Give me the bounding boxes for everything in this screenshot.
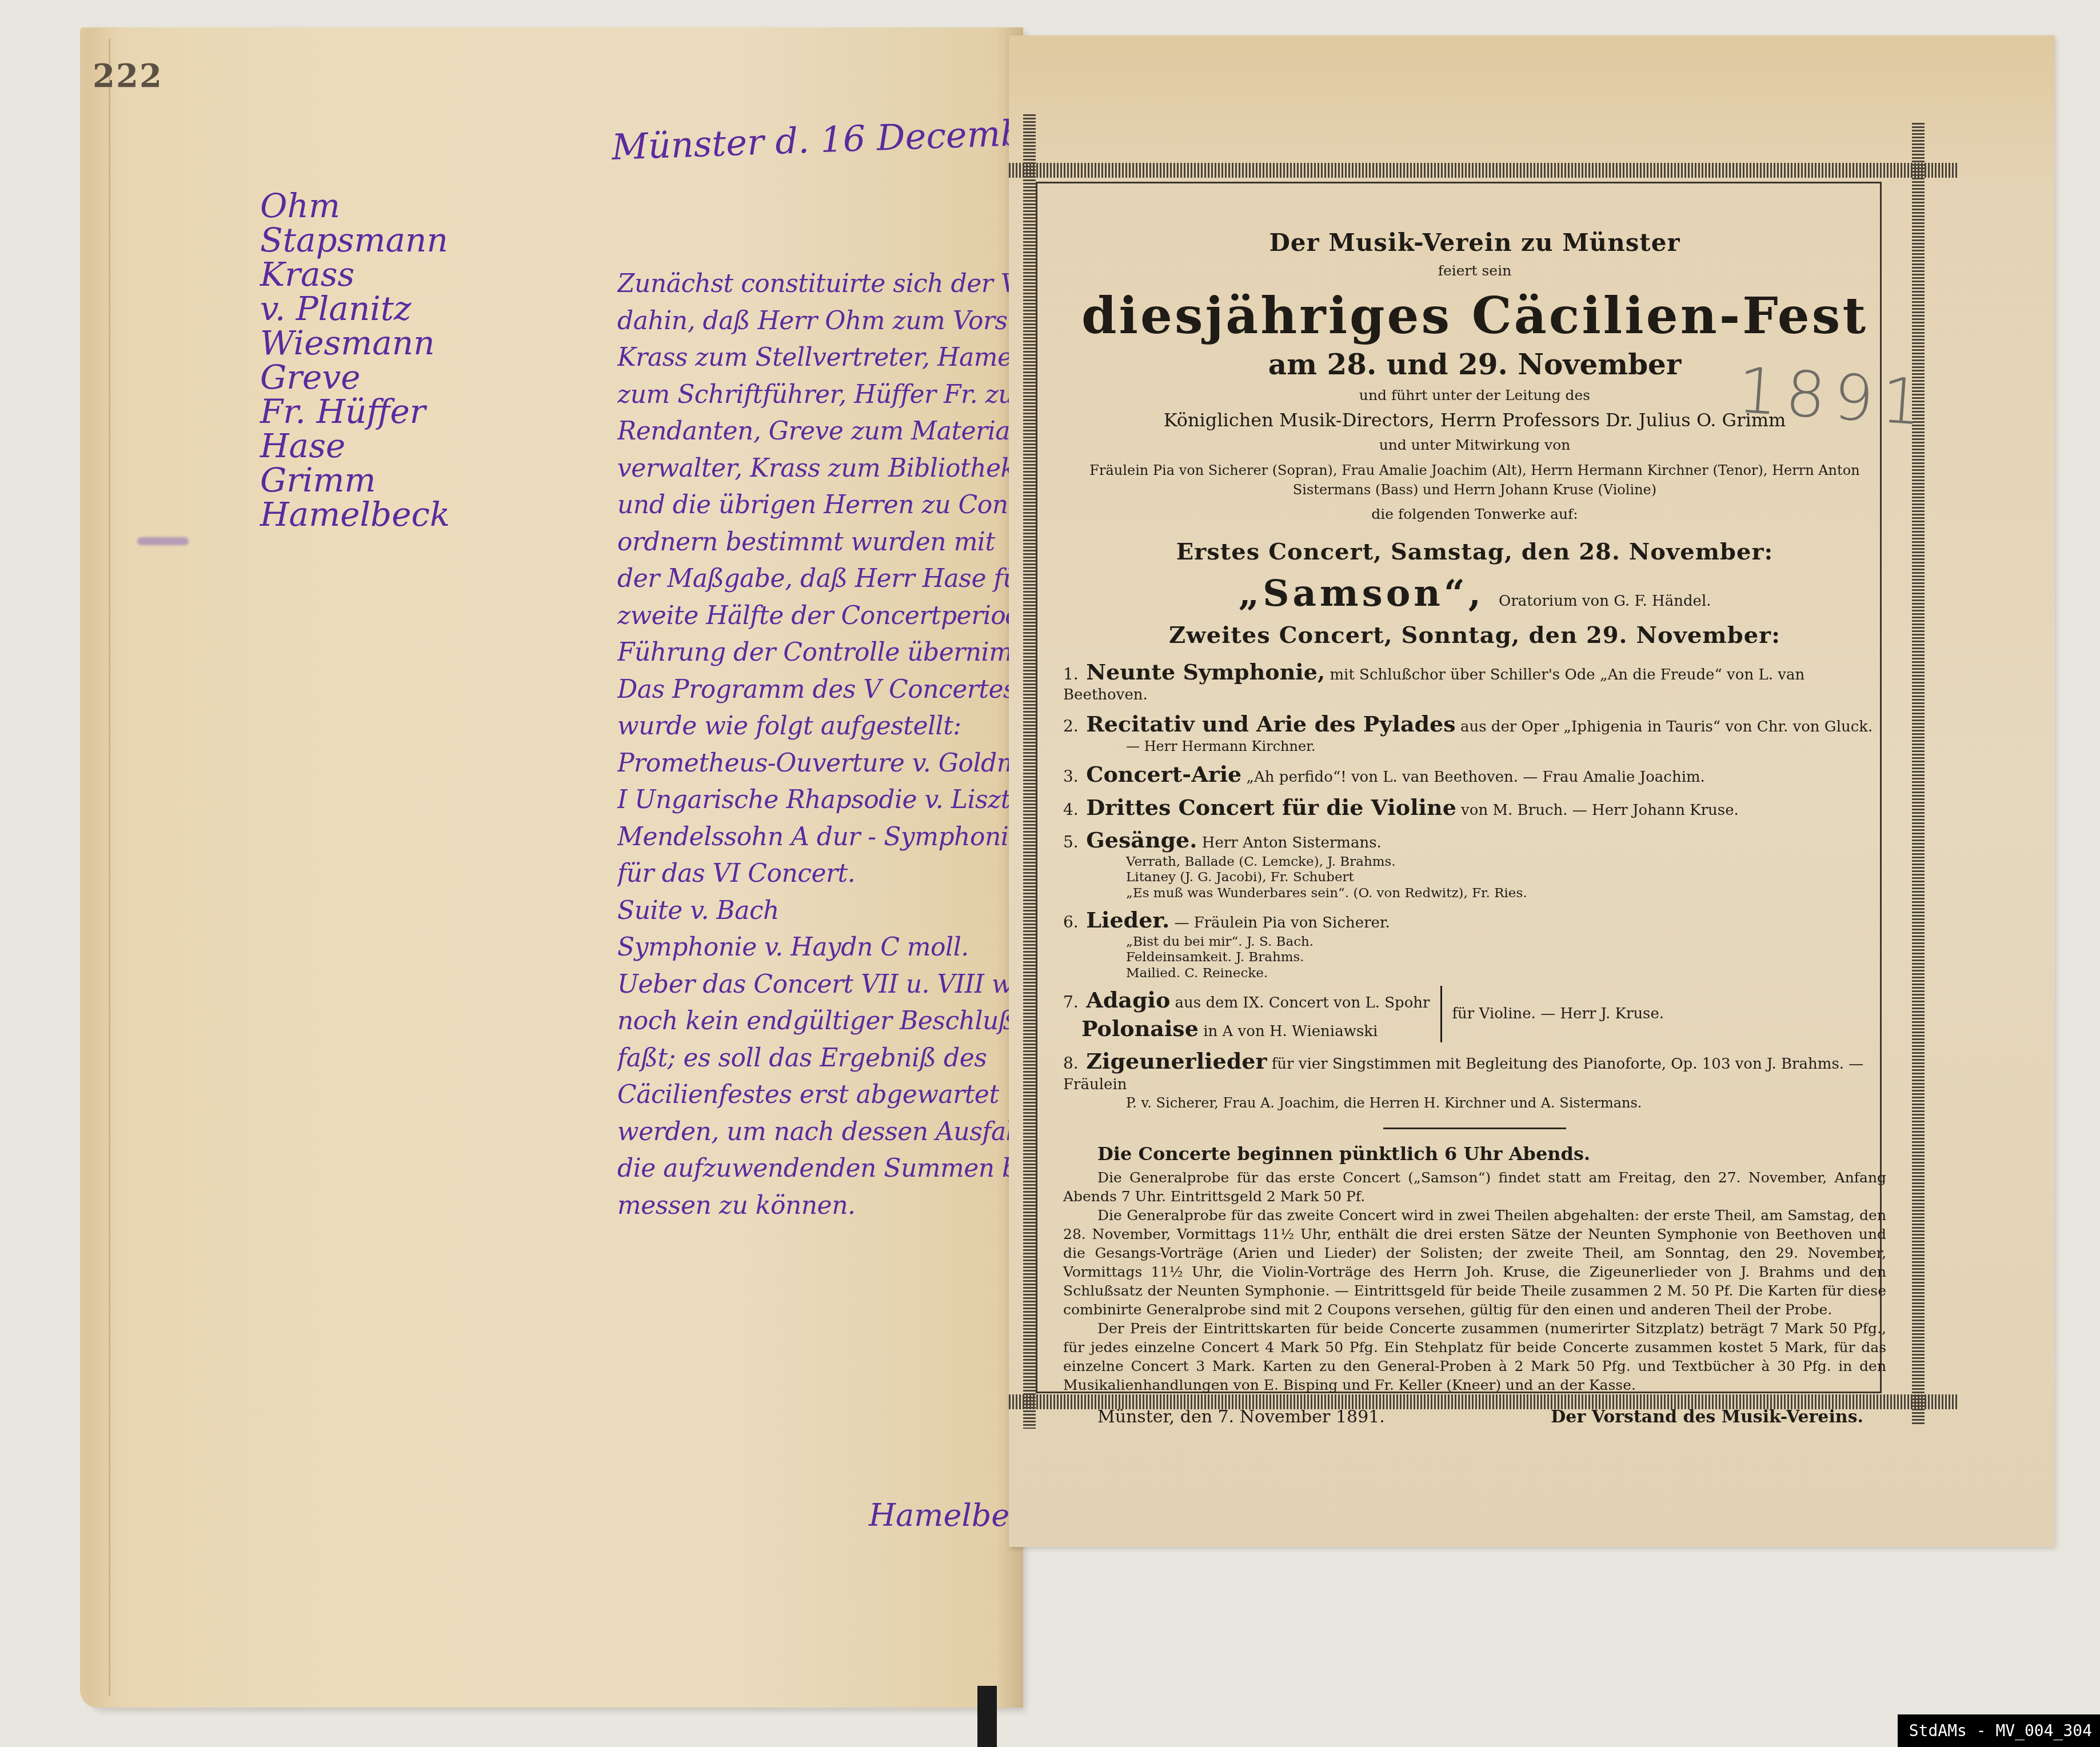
item-title: Polonaise: [1081, 1016, 1199, 1041]
samson-subtitle: Oratorium von G. F. Händel.: [1499, 593, 1711, 610]
minutes-line: zum Schriftführer, Hüffer Fr. zum: [617, 377, 1017, 414]
item-title: Adagio: [1086, 987, 1170, 1013]
song: „Es muß was Wunderbares sein“. (O. von R…: [1126, 886, 1886, 902]
attendee: Ohm: [260, 189, 450, 223]
minutes-line: faßt; es soll das Ergebniß des: [617, 1040, 1017, 1077]
closing-line: Münster, den 7. November 1891. Der Vorst…: [1063, 1407, 1886, 1427]
minutes-line: Cäcilienfestes erst abgewartet: [617, 1077, 1017, 1114]
celebrates-text: feiert sein: [1063, 262, 1886, 279]
program-item: 4. Drittes Concert für die Violine von M…: [1063, 793, 1886, 821]
attendee: v. Planitz: [260, 291, 450, 326]
concert-2-title: Zweites Concert, Sonntag, den 29. Novemb…: [1063, 622, 1886, 649]
item-title: Recitativ und Arie des Pylades: [1086, 711, 1455, 737]
item-performer: für Violine. — Herr J. Kruse.: [1442, 1005, 1664, 1024]
minutes-line: wurde wie folgt aufgestellt:: [617, 708, 1017, 745]
minutes-line: Ueber das Concert VII u. VIII wurde: [617, 966, 1017, 1004]
notes-section: Die Concerte beginnen pünktlich 6 Uhr Ab…: [1063, 1142, 1886, 1394]
item-number: 8.: [1063, 1053, 1081, 1074]
minutes-line: I Ungarische Rhapsodie v. Liszt: [617, 782, 1017, 819]
item-number: 7.: [1063, 992, 1081, 1013]
item-title: Zigeunerlieder: [1086, 1048, 1267, 1074]
place-date: Münster, den 7. November 1891.: [1097, 1407, 1385, 1427]
works-intro: die folgenden Tonwerke auf:: [1063, 506, 1886, 522]
program-item: 1. Neunte Symphonie, mit Schlußchor über…: [1063, 658, 1886, 705]
item-number: 3.: [1063, 766, 1081, 787]
page-number: 222: [93, 57, 163, 95]
minutes-line: verwalter, Krass zum Bibliothekar: [617, 450, 1017, 487]
song: Litaney (J. G. Jacobi), Fr. Schubert: [1126, 870, 1886, 886]
rehearsal-2-note: Die Generalprobe für das zweite Concert …: [1063, 1206, 1886, 1319]
item-number: 4.: [1063, 799, 1081, 820]
minutes-line: Suite v. Bach: [617, 893, 1017, 930]
program-content: Der Musik-Verein zu Münster feiert sein …: [1063, 226, 1886, 1427]
minutes-text: Zunächst constituirte sich der Vorstand …: [617, 266, 1017, 1224]
minutes-line: Krass zum Stellvertreter, Hamelbeck: [617, 339, 1017, 377]
item-detail: aus der Oper „Iphigenia in Tauris“ von C…: [1460, 718, 1873, 735]
item-number: 1.: [1063, 664, 1081, 685]
start-time: Die Concerte beginnen pünktlich 6 Uhr Ab…: [1063, 1142, 1886, 1166]
item-title: Gesänge.: [1086, 827, 1197, 853]
item-title: Drittes Concert für die Violine: [1086, 794, 1456, 820]
program-item: 6. Lieder. — Fräulein Pia von Sicherer. …: [1063, 906, 1886, 981]
attendee: Hase: [260, 429, 450, 463]
item-performer: P. v. Sicherer, Frau A. Joachim, die Her…: [1126, 1094, 1886, 1112]
item-detail: Herr Anton Sistermans.: [1202, 834, 1382, 851]
item-title: Lieder.: [1086, 907, 1169, 933]
director: Königlichen Musik-Directors, Herrn Profe…: [1063, 409, 1886, 431]
item-title: Concert-Arie: [1086, 761, 1241, 787]
rehearsal-1-note: Die Generalprobe für das erste Concert (…: [1063, 1168, 1886, 1206]
bookmark-ribbon: [977, 1686, 997, 1747]
song: Feldeinsamkeit. J. Brahms.: [1126, 950, 1886, 966]
program-item: 5. Gesänge. Herr Anton Sistermans. Verra…: [1063, 826, 1886, 901]
festival-dates: am 28. und 29. November: [1063, 347, 1886, 381]
item-number: 6.: [1063, 912, 1081, 933]
minutes-line: Zunächst constituirte sich der Vorstand: [617, 266, 1017, 303]
song: Verrath, Ballade (C. Lemcke), J. Brahms.: [1126, 854, 1886, 870]
board-signature: Der Vorstand des Musik-Vereins.: [1551, 1407, 1863, 1427]
violin-pieces: 7. Adagio aus dem IX. Concert von L. Spo…: [1063, 986, 1442, 1042]
concert-1-work: „Samson“, Oratorium von G. F. Händel.: [1063, 572, 1886, 615]
ticket-prices-note: Der Preis der Eintrittskarten für beide …: [1063, 1319, 1886, 1394]
item-detail: von M. Bruch. — Herr Johann Kruse.: [1461, 802, 1739, 819]
minutes-line: werden, um nach dessen Ausfall: [617, 1114, 1017, 1151]
attendee-list: Ohm Stapsmann Krass v. Planitz Wiesmann …: [260, 189, 450, 531]
minutes-line: der Maßgabe, daß Herr Hase für die: [617, 561, 1017, 598]
organization-name: Der Musik-Verein zu Münster: [1063, 229, 1886, 257]
participation-text: und unter Mitwirkung von: [1063, 437, 1886, 453]
attendee: Grimm: [260, 463, 450, 497]
minutes-line: die aufzuwendenden Summen be-: [617, 1150, 1017, 1188]
program-item: 3. Concert-Arie „Ah perfido“! von L. van…: [1063, 760, 1886, 788]
minutes-line: Rendanten, Greve zum Materialien-: [617, 413, 1017, 450]
minutes-line: zweite Hälfte der Concertperiode die: [617, 598, 1017, 635]
item-detail: in A von H. Wieniawski: [1203, 1023, 1378, 1040]
song: Mailied. C. Reinecke.: [1126, 966, 1886, 982]
border-hatch-right: [1912, 123, 1925, 1426]
attendee: Fr. Hüffer: [260, 394, 450, 429]
ornamental-divider: [1383, 1128, 1566, 1129]
soloists: Fräulein Pia von Sicherer (Sopran), Frau…: [1063, 461, 1886, 499]
minutes-line: Mendelssohn A dur - Symphonie.: [617, 819, 1017, 856]
minutes-line: noch kein endgültiger Beschluß ge-: [617, 1003, 1017, 1040]
border-hatch-top: [1009, 163, 1958, 178]
concert-1-title: Erstes Concert, Samstag, den 28. Novembe…: [1063, 538, 1886, 565]
attendee: Stapsmann: [260, 223, 450, 257]
attendee: Krass: [260, 257, 450, 291]
item-detail: aus dem IX. Concert von L. Spohr: [1175, 994, 1430, 1012]
minutes-line: Symphonie v. Haydn C moll.: [617, 929, 1017, 966]
program-item: 2. Recitativ und Arie des Pylades aus de…: [1063, 710, 1886, 756]
minutes-line: und die übrigen Herren zu Concert-: [617, 487, 1017, 524]
item-title: Neunte Symphonie,: [1086, 659, 1325, 685]
minutes-line: Prometheus-Ouverture v. Goldmark: [617, 745, 1017, 782]
minutes-line: dahin, daß Herr Ohm zum Vorsitzenden,: [617, 303, 1017, 340]
violin-pieces-group: 7. Adagio aus dem IX. Concert von L. Spo…: [1063, 986, 1886, 1042]
concert-2-program: 1. Neunte Symphonie, mit Schlußchor über…: [1063, 658, 1886, 1113]
archive-reference-label: StdAMs - MV_004_304: [1898, 1714, 2100, 1747]
item-detail: „Ah perfido“! von L. van Beethoven. — Fr…: [1247, 769, 1705, 786]
border-hatch-left: [1023, 114, 1036, 1429]
song: „Bist du bei mir“. J. S. Bach.: [1126, 934, 1886, 950]
ink-smudge: [137, 537, 189, 545]
attendee: Wiesmann: [260, 326, 450, 360]
attendee: Hamelbeck: [260, 497, 450, 531]
program-item: 7. Adagio aus dem IX. Concert von L. Spo…: [1063, 986, 1886, 1042]
item-number: 5.: [1063, 832, 1081, 853]
item-detail: — Fräulein Pia von Sicherer.: [1174, 914, 1390, 932]
minutes-line: für das VI Concert.: [617, 855, 1017, 893]
festival-title: diesjähriges Cäcilien-Fest: [1063, 289, 1886, 342]
minutes-line: Das Programm des V Concertes: [617, 671, 1017, 709]
minutes-line: Führung der Controlle übernimmt.: [617, 634, 1017, 671]
program-item: 8. Zigeunerlieder für vier Singstimmen m…: [1063, 1047, 1886, 1112]
minutes-line: messen zu können.: [617, 1188, 1017, 1225]
samson-title: „Samson“,: [1238, 572, 1484, 615]
attendee: Greve: [260, 360, 450, 394]
item-number: 2.: [1063, 716, 1081, 737]
minutes-line: ordnern bestimmt wurden mit: [617, 524, 1017, 561]
item-performer: — Herr Hermann Kirchner.: [1126, 738, 1886, 755]
direction-text: und führt unter der Leitung des: [1063, 387, 1886, 403]
